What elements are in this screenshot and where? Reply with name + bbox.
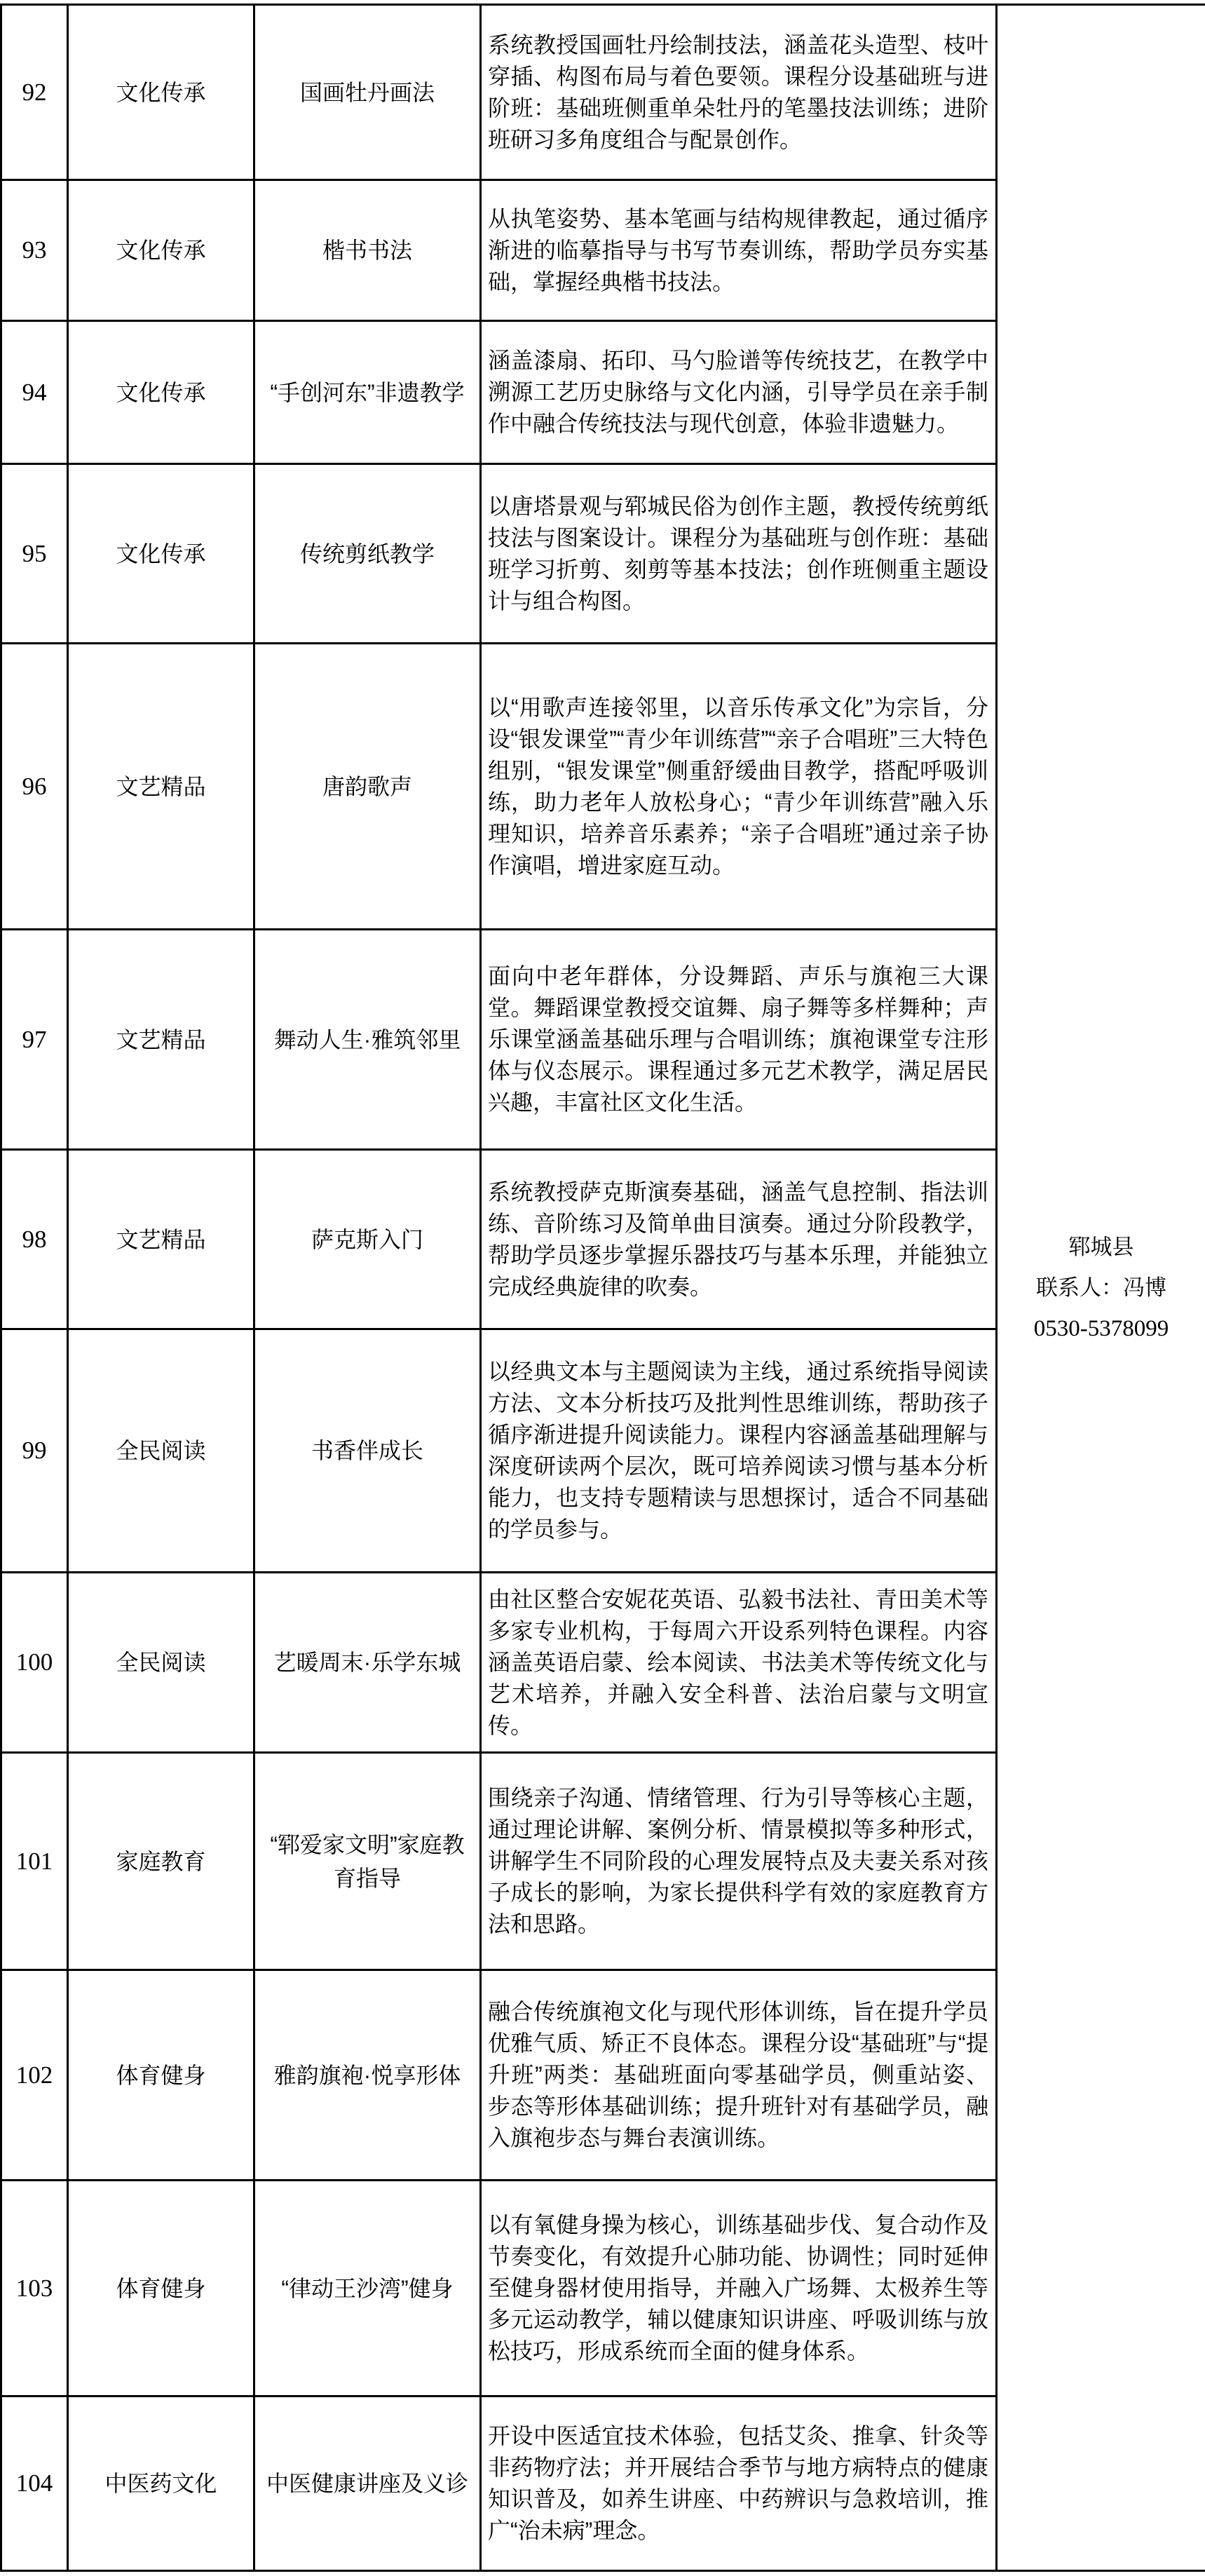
row-number: 99 — [1, 1329, 68, 1573]
row-description: 系统教授萨克斯演奏基础，涵盖气息控制、指法训练、音阶练习及简单曲目演奏。通过分阶… — [481, 1150, 997, 1329]
row-number: 103 — [1, 2181, 68, 2397]
row-course-name: “手创河东”非遗教学 — [254, 321, 481, 464]
row-category: 文艺精品 — [68, 1150, 254, 1329]
row-course-name: 传统剪纸教学 — [254, 464, 481, 644]
document-page: 92 文化传承 国画牡丹画法 系统教授国画牡丹绘制技法，涵盖花头造型、枝叶穿插、… — [0, 0, 1205, 2576]
course-table: 92 文化传承 国画牡丹画法 系统教授国画牡丹绘制技法，涵盖花头造型、枝叶穿插、… — [0, 4, 1205, 2572]
row-description: 开设中医适宜技术体验，包括艾灸、推拿、针灸等非药物疗法；并开展结合季节与地方病特… — [481, 2397, 997, 2571]
row-description: 涵盖漆扇、拓印、马勺脸谱等传统技艺，在教学中溯源工艺历史脉络与文化内涵，引导学员… — [481, 321, 997, 464]
row-number: 93 — [1, 180, 68, 321]
row-category: 全民阅读 — [68, 1329, 254, 1573]
row-course-name: “律动王沙湾”健身 — [254, 2181, 481, 2397]
row-category: 文艺精品 — [68, 644, 254, 930]
row-number: 92 — [1, 5, 68, 180]
row-description: 以“用歌声连接邻里，以音乐传承文化”为宗旨，分设“银发课堂”“青少年训练营”“亲… — [481, 644, 997, 930]
row-number: 97 — [1, 930, 68, 1150]
row-number: 101 — [1, 1753, 68, 1970]
row-number: 96 — [1, 644, 68, 930]
contact-phone: 0530-5378099 — [1002, 1308, 1201, 1349]
row-category: 全民阅读 — [68, 1573, 254, 1753]
row-category: 文化传承 — [68, 321, 254, 464]
row-description: 面向中老年群体，分设舞蹈、声乐与旗袍三大课堂。舞蹈课堂教授交谊舞、扇子舞等多样舞… — [481, 930, 997, 1150]
contact-person: 联系人：冯博 — [1002, 1268, 1201, 1308]
row-category: 家庭教育 — [68, 1753, 254, 1970]
row-category: 文化传承 — [68, 464, 254, 644]
contact-region: 郓城县 — [1002, 1227, 1201, 1268]
row-description: 融合传统旗袍文化与现代形体训练，旨在提升学员优雅气质、矫正不良体态。课程分设“基… — [481, 1970, 997, 2181]
row-category: 中医药文化 — [68, 2397, 254, 2571]
row-number: 94 — [1, 321, 68, 464]
table-row: 92 文化传承 国画牡丹画法 系统教授国画牡丹绘制技法，涵盖花头造型、枝叶穿插、… — [1, 5, 1205, 180]
row-category: 体育健身 — [68, 2181, 254, 2397]
row-number: 104 — [1, 2397, 68, 2571]
row-category: 文化传承 — [68, 180, 254, 321]
row-description: 以有氧健身操为核心，训练基础步伐、复合动作及节奏变化，有效提升心肺功能、协调性；… — [481, 2181, 997, 2397]
row-course-name: 艺暖周末·乐学东城 — [254, 1573, 481, 1753]
row-description: 系统教授国画牡丹绘制技法，涵盖花头造型、枝叶穿插、构图布局与着色要领。课程分设基… — [481, 5, 997, 180]
row-course-name: 雅韵旗袍·悦享形体 — [254, 1970, 481, 2181]
row-course-name: “郓爱家文明”家庭教育指导 — [254, 1753, 481, 1970]
contact-cell: 郓城县 联系人：冯博 0530-5378099 — [997, 5, 1205, 2571]
row-description: 围绕亲子沟通、情绪管理、行为引导等核心主题，通过理论讲解、案例分析、情景模拟等多… — [481, 1753, 997, 1970]
row-course-name: 萨克斯入门 — [254, 1150, 481, 1329]
row-course-name: 唐韵歌声 — [254, 644, 481, 930]
row-course-name: 国画牡丹画法 — [254, 5, 481, 180]
row-category: 文艺精品 — [68, 930, 254, 1150]
row-category: 体育健身 — [68, 1970, 254, 2181]
row-description: 以经典文本与主题阅读为主线，通过系统指导阅读方法、文本分析技巧及批判性思维训练，… — [481, 1329, 997, 1573]
row-description: 从执笔姿势、基本笔画与结构规律教起，通过循序渐进的临摹指导与书写节奏训练，帮助学… — [481, 180, 997, 321]
row-course-name: 中医健康讲座及义诊 — [254, 2397, 481, 2571]
row-course-name: 书香伴成长 — [254, 1329, 481, 1573]
row-number: 95 — [1, 464, 68, 644]
row-course-name: 楷书书法 — [254, 180, 481, 321]
row-number: 102 — [1, 1970, 68, 2181]
row-description: 以唐塔景观与郓城民俗为创作主题，教授传统剪纸技法与图案设计。课程分为基础班与创作… — [481, 464, 997, 644]
row-description: 由社区整合安妮花英语、弘毅书法社、青田美术等多家专业机构，于每周六开设系列特色课… — [481, 1573, 997, 1753]
row-course-name: 舞动人生·雅筑邻里 — [254, 930, 481, 1150]
row-category: 文化传承 — [68, 5, 254, 180]
row-number: 98 — [1, 1150, 68, 1329]
row-number: 100 — [1, 1573, 68, 1753]
